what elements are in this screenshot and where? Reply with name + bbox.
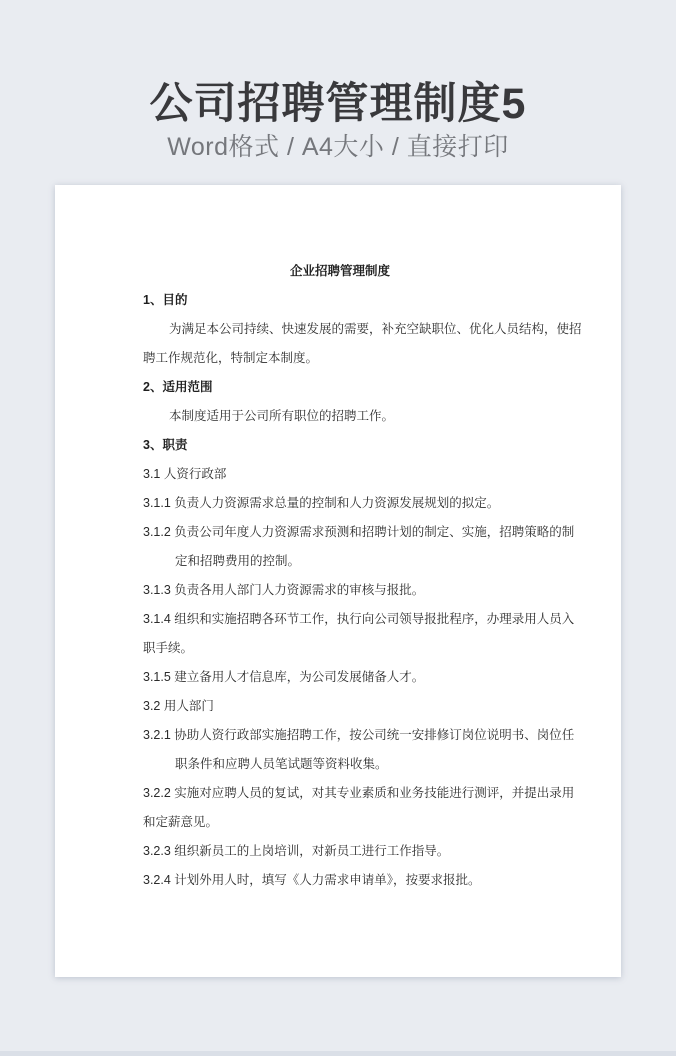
document-line: 3.2.4 计划外用人时，填写《人力需求申请单》，按要求报批。 [143, 866, 537, 895]
document-line: 3.1.1 负责人力资源需求总量的控制和人力资源发展规划的拟定。 [143, 489, 537, 518]
document-line: 3.2.3 组织新员工的上岗培训，对新员工进行工作指导。 [143, 837, 537, 866]
document-line: 定和招聘费用的控制。 [143, 547, 537, 576]
document-line: 1、目的 [143, 286, 537, 315]
document-line: 聘工作规范化，特制定本制度。 [143, 344, 537, 373]
document-line: 3.2.2 实施对应聘人员的复试，对其专业素质和业务技能进行测评，并提出录用 [143, 779, 537, 808]
document-line: 3.1.3 负责各用人部门人力资源需求的审核与报批。 [143, 576, 537, 605]
document-line: 3.1 人资行政部 [143, 460, 537, 489]
bottom-divider [0, 1051, 676, 1056]
document-line: 3.2.1 协助人资行政部实施招聘工作，按公司统一安排修订岗位说明书、岗位任 [143, 721, 537, 750]
document-line: 3.1.4 组织和实施招聘各环节工作，执行向公司领导报批程序，办理录用人员入 [143, 605, 537, 634]
document-line: 和定薪意见。 [143, 808, 537, 837]
document-line: 职条件和应聘人员笔试题等资料收集。 [143, 750, 537, 779]
document-line: 3.2 用人部门 [143, 692, 537, 721]
document-line: 为满足本公司持续、快速发展的需要，补充空缺职位、优化人员结构，使招 [143, 315, 537, 344]
document-line: 2、适用范围 [143, 373, 537, 402]
document-line: 本制度适用于公司所有职位的招聘工作。 [143, 402, 537, 431]
document-title: 企业招聘管理制度 [143, 257, 537, 286]
document-line: 3、职责 [143, 431, 537, 460]
document-body: 1、目的为满足本公司持续、快速发展的需要，补充空缺职位、优化人员结构，使招聘工作… [143, 286, 537, 895]
page-title: 公司招聘管理制度5 [0, 70, 676, 131]
preview-background: 公司招聘管理制度5 Word格式 / A4大小 / 直接打印 企业招聘管理制度 … [0, 0, 676, 1056]
document-line: 3.1.2 负责公司年度人力资源需求预测和招聘计划的制定、实施，招聘策略的制 [143, 518, 537, 547]
document-page: 企业招聘管理制度 1、目的为满足本公司持续、快速发展的需要，补充空缺职位、优化人… [55, 185, 621, 977]
document-line: 职手续。 [143, 634, 537, 663]
page-subtitle: Word格式 / A4大小 / 直接打印 [0, 127, 676, 163]
document-line: 3.1.5 建立备用人才信息库，为公司发展储备人才。 [143, 663, 537, 692]
